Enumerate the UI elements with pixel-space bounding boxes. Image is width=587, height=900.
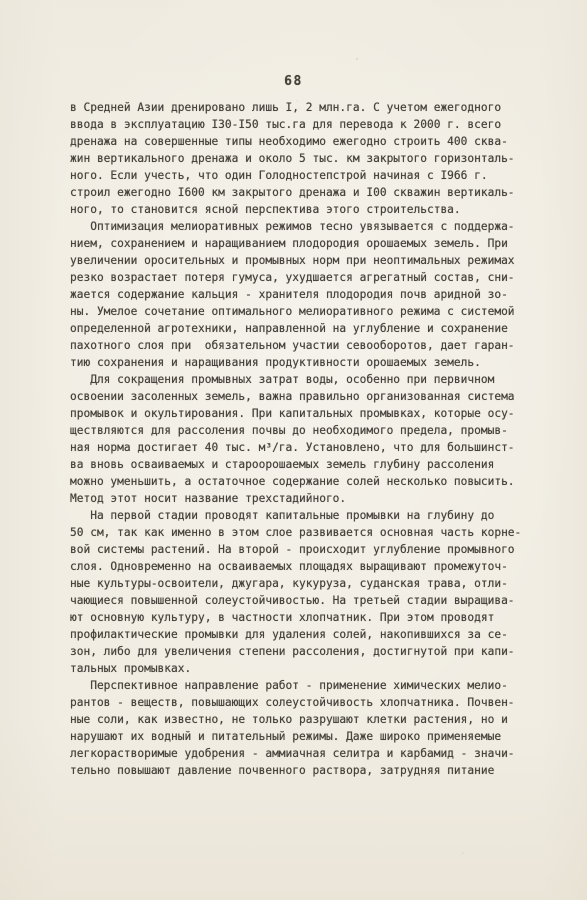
text-line: рантов - веществ, повышающих солеустойчи… xyxy=(70,694,550,711)
text-line: Для сокращения промывных затрат воды, ос… xyxy=(70,371,550,388)
text-line: легкорастворимые удобрения - аммиачная с… xyxy=(70,745,550,762)
text-line: промывок и окультирования. При капитальн… xyxy=(70,405,550,422)
text-line: ществляются для рассоления почвы до необ… xyxy=(70,422,550,439)
text-line: ного, то становится ясной перспектива эт… xyxy=(70,201,550,218)
text-line: можно уменьшить, а остаточное содержание… xyxy=(70,473,550,490)
text-line: жин вертикального дренажа и около 5 тыс.… xyxy=(70,150,550,167)
paragraph: Для сокращения промывных затрат воды, ос… xyxy=(70,371,550,507)
text-line: тию сохранения и наращивания продуктивно… xyxy=(70,354,550,371)
text-line: ные соли, как известно, не только разруш… xyxy=(70,711,550,728)
text-line: слоя. Одновременно на осваиваемых площад… xyxy=(70,558,550,575)
text-line: резко возрастает потеря гумуса, ухудшает… xyxy=(70,269,550,286)
text-line: ная норма достигает 40 тыс. м³/га. Устан… xyxy=(70,439,550,456)
text-line: тальных промывках. xyxy=(70,660,550,677)
page-number: 68 xyxy=(0,74,587,89)
text-line: ввода в эксплуатацию I30-I50 тыс.га для … xyxy=(70,116,550,133)
text-line: профилактические промывки для удаления с… xyxy=(70,626,550,643)
text-line: освоении засоленных земель, важна правил… xyxy=(70,388,550,405)
text-line: Метод этот носит название трехстадийного… xyxy=(70,490,550,507)
text-line: Оптимизация мелиоративных режимов тесно … xyxy=(70,218,550,235)
text-line: жается содержание кальция - хранителя пл… xyxy=(70,286,550,303)
text-line: увеличении оросительных и промывных норм… xyxy=(70,252,550,269)
text-line: ва вновь осваиваемых и староорошаемых зе… xyxy=(70,456,550,473)
text-line: чающиеся повышенной солеустойчивостью. Н… xyxy=(70,592,550,609)
text-line: ные культуры-освоители, джугара, кукуруз… xyxy=(70,575,550,592)
text-line: ны. Умелое сочетание оптимального мелиор… xyxy=(70,303,550,320)
text-line: вой системы растений. На второй - происх… xyxy=(70,541,550,558)
text-line: пахотного слоя при обязательном участии … xyxy=(70,337,550,354)
paragraph: в Средней Азии дренировано лишь I, 2 млн… xyxy=(70,99,550,218)
text-line: 50 см, так как именно в этом слое развив… xyxy=(70,524,550,541)
text-line: тельно повышают давление почвенного раст… xyxy=(70,762,550,779)
text-line: ного. Если учесть, что один Голодностепс… xyxy=(70,167,550,184)
text-line: На первой стадии проводят капитальные пр… xyxy=(70,507,550,524)
text-line: Перспективное направление работ - примен… xyxy=(70,677,550,694)
text-line: зон, либо для увеличения степени рассоле… xyxy=(70,643,550,660)
body-text: в Средней Азии дренировано лишь I, 2 млн… xyxy=(70,99,550,779)
scanned-page: 68 в Средней Азии дренировано лишь I, 2 … xyxy=(0,0,587,900)
paragraph: Перспективное направление работ - примен… xyxy=(70,677,550,779)
text-line: определенной агротехники, направленной н… xyxy=(70,320,550,337)
text-line: в Средней Азии дренировано лишь I, 2 млн… xyxy=(70,99,550,116)
paragraph: Оптимизация мелиоративных режимов тесно … xyxy=(70,218,550,371)
text-line: строил ежегодно I600 км закрытого дренаж… xyxy=(70,184,550,201)
text-line: дренажа на совершенные типы необходимо е… xyxy=(70,133,550,150)
text-line: нием, сохранением и наращиванием плодоро… xyxy=(70,235,550,252)
text-line: нарушают их водный и питательный режимы.… xyxy=(70,728,550,745)
text-line: ют основную культуру, в частности хлопча… xyxy=(70,609,550,626)
paragraph: На первой стадии проводят капитальные пр… xyxy=(70,507,550,677)
